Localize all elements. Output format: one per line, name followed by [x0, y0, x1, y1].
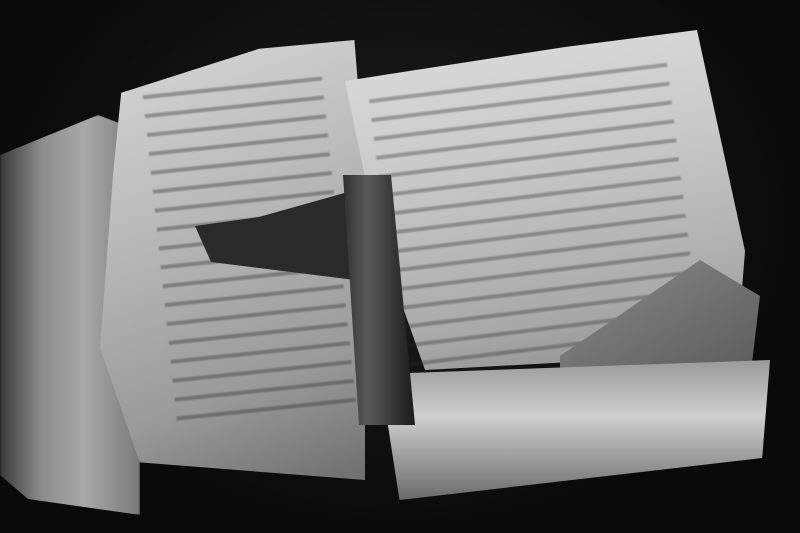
photo-scene: Black-and-white photograph of an old, he… [0, 0, 800, 533]
book-page-edges [380, 360, 770, 500]
